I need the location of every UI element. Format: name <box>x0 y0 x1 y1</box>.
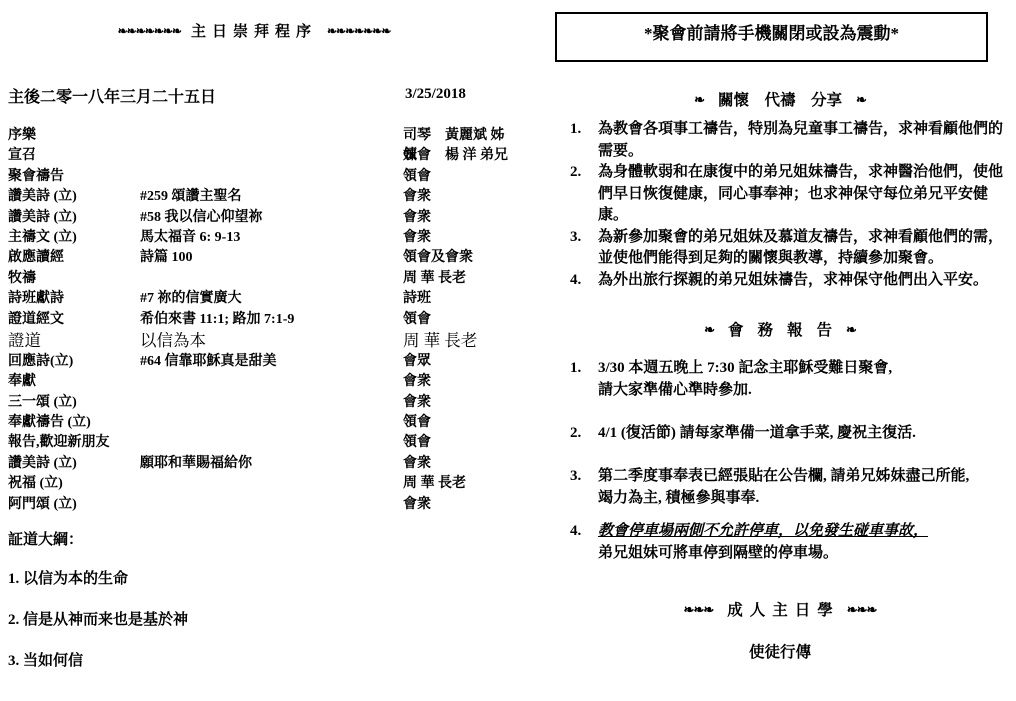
program-leader: 會衆 <box>403 495 508 515</box>
scroll-ornament-icon: ❧ <box>846 322 856 337</box>
program-leader: 周 華 長老 <box>403 474 508 494</box>
program-detail: #58 我以信心仰望祢 <box>140 208 403 228</box>
announcement-item-number: 1. <box>570 357 598 401</box>
program-row: 啟應讀經詩篇 100領會及會衆 <box>8 248 508 268</box>
announcement-line: 弟兄姐妹可將車停到隔壁的停車場。 <box>598 542 1008 564</box>
announcement-item-number: 4. <box>570 520 598 564</box>
program-detail <box>140 413 403 433</box>
prayer-list: 1.為教會各項事工禱告，特別為兒童事工禱告，求神看顧他們的需要。2.為身體軟弱和… <box>570 119 1008 291</box>
sermon-outline-title: 証道大綱： <box>8 530 488 550</box>
announcement-item: 1.3/30 本週五晚上 7:30 記念主耶穌受難日聚會,請大家準備心準時參加. <box>570 357 1008 401</box>
scroll-ornament-icon: ❧❧❧❧❧❧❧ <box>118 24 181 38</box>
program-detail <box>140 269 403 289</box>
business-section-heading: ❧會務報告❧ <box>552 318 1008 340</box>
program-item: 證道經文 <box>8 310 140 330</box>
sermon-outline-item: 1. 以信为本的生命 <box>8 569 488 589</box>
announcement-line: 3/30 本週五晚上 7:30 記念主耶穌受難日聚會, <box>598 357 1008 379</box>
program-item: 報告,歡迎新朋友 <box>8 433 140 453</box>
prayer-item-text: 為身體軟弱和在康復中的弟兄姐妹禱告，求神醫治他們，使他們早日恢復健康，同心事奉神… <box>598 162 1008 227</box>
announcement-list: 1.3/30 本週五晚上 7:30 記念主耶穌受難日聚會,請大家準備心準時參加.… <box>570 357 1008 564</box>
program-detail <box>140 474 403 494</box>
announcement-item-text: 4/1 (復活節) 請每家準備一道拿手菜, 慶祝主復活. <box>598 422 1008 444</box>
prayer-item-text: 為新參加聚會的弟兄姐妹及慕道友禱告，求神看顧他們的需，並使他們能得到足夠的關懷與… <box>598 227 1008 270</box>
program-leader: 周 華 長老 <box>403 269 508 289</box>
announcement-item-number: 2. <box>570 422 598 444</box>
program-leader: 詩班 <box>403 289 508 309</box>
prayer-item: 2.為身體軟弱和在康復中的弟兄姐妹禱告，求神醫治他們，使他們早日恢復健康，同心事… <box>570 162 1008 227</box>
program-detail: 馬太福音 6: 9-13 <box>140 228 403 248</box>
program-detail: #259 頌讚主聖名 <box>140 187 403 207</box>
program-item: 阿門頌 (立) <box>8 495 140 515</box>
program-item: 詩班獻詩 <box>8 289 140 309</box>
program-item: 祝福 (立) <box>8 474 140 494</box>
scroll-ornament-icon: ❧❧❧❧❧❧❧ <box>327 24 390 38</box>
program-item: 讚美詩 (立) <box>8 208 140 228</box>
program-row: 聚會禱告領會 <box>8 167 508 187</box>
program-row: 報告,歡迎新朋友領會 <box>8 433 508 453</box>
sermon-outline-item: 2. 信是从神而来也是基於神 <box>8 610 488 630</box>
program-detail: 願耶和華賜福給你 <box>140 454 403 474</box>
program-leader: 會衆 <box>403 228 508 248</box>
announcement-item-text: 3/30 本週五晚上 7:30 記念主耶穌受難日聚會,請大家準備心準時參加. <box>598 357 1008 401</box>
prayer-item: 4.為外出旅行探親的弟兄姐妹禱告，求神保守他們出入平安。 <box>570 270 1008 292</box>
program-item: 證道 <box>8 330 140 352</box>
program-detail <box>140 167 403 187</box>
worship-order-title: ❧❧❧❧❧❧❧主日崇拜程序❧❧❧❧❧❧❧ <box>0 20 508 41</box>
program-detail: 以信為本 <box>140 330 403 352</box>
scroll-ornament-icon: ❧❧❧ <box>684 602 714 617</box>
program-detail <box>140 495 403 515</box>
prayer-item: 3.為新參加聚會的弟兄姐妹及慕道友禱告，求神看顧他們的需，並使他們能得到足夠的關… <box>570 227 1008 270</box>
announcement-item-number: 3. <box>570 465 598 509</box>
program-row: 詩班獻詩#7 祢的信實廣大詩班 <box>8 289 508 309</box>
business-section-title: 會務報告 <box>728 322 846 339</box>
phone-notice-box: *聚會前請將手機關閉或設為震動* <box>555 12 988 62</box>
program-row: 證道以信為本周 華 長老 <box>8 330 508 352</box>
program-row: 三一頌 (立)會衆 <box>8 393 508 413</box>
program-row: 祝福 (立)周 華 長老 <box>8 474 508 494</box>
program-detail: 詩篇 100 <box>140 248 403 268</box>
prayer-item-number: 1. <box>570 119 598 162</box>
announcement-item: 2.4/1 (復活節) 請每家準備一道拿手菜, 慶祝主復活. <box>570 422 1008 444</box>
announcement-line: 4/1 (復活節) 請每家準備一道拿手菜, 慶祝主復活. <box>598 422 1008 444</box>
sunday-school-topic: 使徒行傳 <box>552 640 1008 662</box>
announcement-item-text: 第二季度事奉表已經張貼在公告欄, 請弟兄姊妹盡己所能,竭力為主, 積極參與事奉. <box>598 465 1008 509</box>
prayer-item-text: 為教會各項事工禱告，特別為兒童事工禱告，求神看顧他們的需要。 <box>598 119 1008 162</box>
announcement-item-text: 教會停車場兩側不允許停車，以免發生碰車事故，弟兄姐妹可將車停到隔壁的停車場。 <box>598 520 1008 564</box>
program-detail <box>140 146 403 166</box>
announcement-line: 第二季度事奉表已經張貼在公告欄, 請弟兄姊妹盡己所能, <box>598 465 1008 487</box>
program-leader: 領會 楊 洋 弟兄 <box>403 146 508 166</box>
program-row: 奉獻禱告 (立)領會 <box>8 413 508 433</box>
sunday-school-title: 成人主日學 <box>727 602 840 619</box>
program-leader: 領會 <box>403 433 508 453</box>
program-item: 奉獻禱告 (立) <box>8 413 140 433</box>
announcement-line: 請大家準備心準時參加. <box>598 379 1008 401</box>
program-row: 奉獻會衆 <box>8 372 508 392</box>
program-row: 宣召領會 楊 洋 弟兄 <box>8 146 508 166</box>
program-leader: 會衆 <box>403 393 508 413</box>
program-leader: 會衆 <box>403 372 508 392</box>
sunday-school-heading: ❧❧❧成人主日學❧❧❧ <box>552 598 1008 620</box>
announcement-item: 3.第二季度事奉表已經張貼在公告欄, 請弟兄姊妹盡己所能,竭力為主, 積極參與事… <box>570 465 1008 509</box>
program-row: 讚美詩 (立)願耶和華賜福給你會衆 <box>8 454 508 474</box>
program-leader: 會眾 <box>403 352 508 372</box>
program-item: 牧禱 <box>8 269 140 289</box>
program-leader: 會衆 <box>403 208 508 228</box>
program-detail <box>140 372 403 392</box>
scroll-ornament-icon: ❧ <box>694 92 704 107</box>
program-leader: 領會 <box>403 167 508 187</box>
announcement-item: 4.教會停車場兩側不允許停車，以免發生碰車事故，弟兄姐妹可將車停到隔壁的停車場。 <box>570 520 1008 564</box>
program-item: 讚美詩 (立) <box>8 454 140 474</box>
program-item: 宣召 <box>8 146 140 166</box>
program-item: 奉獻 <box>8 372 140 392</box>
program-detail: 希伯來書 11:1; 路加 7:1-9 <box>140 310 403 330</box>
program-detail <box>140 126 403 146</box>
program-detail: #64 信靠耶穌真是甜美 <box>140 352 403 372</box>
scroll-ornament-icon: ❧ <box>704 322 714 337</box>
date-chinese: 主後二零一八年三月二十五日 <box>8 84 216 107</box>
program-row: 序樂司琴 黃麗斌 姊妹 <box>8 126 508 146</box>
care-section-title: 關懷 代禱 分享 <box>718 92 842 109</box>
program-row: 牧禱周 華 長老 <box>8 269 508 289</box>
prayer-item-number: 3. <box>570 227 598 270</box>
program-item: 啟應讀經 <box>8 248 140 268</box>
date-english: 3/25/2018 <box>405 86 466 103</box>
sermon-outline-items: 1. 以信为本的生命2. 信是从神而来也是基於神3. 当如何信 <box>8 569 488 671</box>
program-row: 證道經文希伯來書 11:1; 路加 7:1-9領會 <box>8 310 508 330</box>
program-item: 三一頌 (立) <box>8 393 140 413</box>
prayer-item: 1.為教會各項事工禱告，特別為兒童事工禱告，求神看顧他們的需要。 <box>570 119 1008 162</box>
program-detail <box>140 433 403 453</box>
program-row: 讚美詩 (立)#259 頌讚主聖名會衆 <box>8 187 508 207</box>
program-item: 聚會禱告 <box>8 167 140 187</box>
program-row: 回應詩(立)#64 信靠耶穌真是甜美會眾 <box>8 352 508 372</box>
scroll-ornament-icon: ❧❧❧ <box>847 602 877 617</box>
program-leader: 領會 <box>403 310 508 330</box>
care-section-heading: ❧關懷 代禱 分享❧ <box>552 88 1008 110</box>
program-detail: #7 祢的信實廣大 <box>140 289 403 309</box>
announcement-line: 教會停車場兩側不允許停車，以免發生碰車事故， <box>598 520 1008 542</box>
page-title: 主日崇拜程序 <box>191 24 317 40</box>
announcement-line: 竭力為主, 積極參與事奉. <box>598 487 1008 509</box>
program-row: 阿門頌 (立)會衆 <box>8 495 508 515</box>
program-list: 序樂司琴 黃麗斌 姊妹宣召領會 楊 洋 弟兄聚會禱告領會讚美詩 (立)#259 … <box>8 126 508 515</box>
program-item: 回應詩(立) <box>8 352 140 372</box>
program-detail <box>140 393 403 413</box>
prayer-item-text: 為外出旅行探親的弟兄姐妹禱告，求神保守他們出入平安。 <box>598 270 1008 292</box>
program-row: 讚美詩 (立)#58 我以信心仰望祢會衆 <box>8 208 508 228</box>
sermon-outline: 証道大綱： 1. 以信为本的生命2. 信是从神而来也是基於神3. 当如何信 <box>8 530 488 692</box>
program-row: 主禱文 (立)馬太福音 6: 9-13會衆 <box>8 228 508 248</box>
prayer-item-number: 2. <box>570 162 598 227</box>
program-item: 讚美詩 (立) <box>8 187 140 207</box>
phone-notice-text: *聚會前請將手機關閉或設為震動* <box>644 24 899 43</box>
scroll-ornament-icon: ❧ <box>856 92 866 107</box>
program-leader: 司琴 黃麗斌 姊妹 <box>403 126 508 146</box>
prayer-item-number: 4. <box>570 270 598 292</box>
program-leader: 領會 <box>403 413 508 433</box>
program-leader: 會衆 <box>403 187 508 207</box>
sermon-outline-item: 3. 当如何信 <box>8 651 488 671</box>
program-leader: 領會及會衆 <box>403 248 508 268</box>
program-item: 主禱文 (立) <box>8 228 140 248</box>
program-leader: 會衆 <box>403 454 508 474</box>
program-leader: 周 華 長老 <box>403 330 508 352</box>
program-item: 序樂 <box>8 126 140 146</box>
